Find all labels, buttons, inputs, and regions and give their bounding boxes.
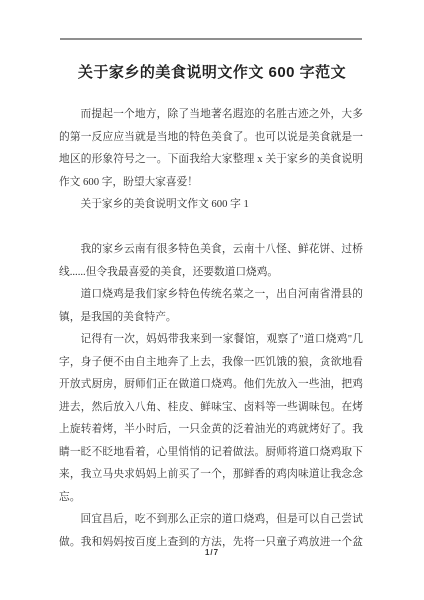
text-line: 字，身子便不由自主地奔了上去，我像一匹饥饿的狼，贪欲地看着 — [59, 351, 363, 374]
text-line: 镇，是我国的美食特产。 — [59, 306, 363, 329]
blank-line — [59, 216, 363, 239]
text-line: 记得有一次，妈妈带我来到一家餐馆，观察了"道口烧鸡"几个 — [59, 328, 363, 351]
text-line: 忘。 — [59, 486, 363, 509]
text-line: 地区的形象符号之一。下面我给大家整理 x 关于家乡的美食说明文 — [59, 148, 363, 171]
title-divider — [60, 38, 362, 40]
text-line: 开放式厨房，厨师们正在做道口烧鸡。他们先放入一些油，把鸡放 — [59, 373, 363, 396]
text-line: 的第一反应应当就是当地的特色美食了。也可以说是美食就是一个 — [59, 126, 363, 149]
text-line: 而提起一个地方，除了当地著名遐迩的名胜古迹之外，大多数人 — [59, 103, 363, 126]
text-line: 作文 600 字，盼望大家喜爱！ — [59, 171, 363, 194]
text-line: 关于家乡的美食说明文作文 600 字 1 — [59, 193, 363, 216]
text-line: 睛一眨不眨地看着，心里悄悄的记着做法。厨师将道口烧鸡取下 — [59, 441, 363, 464]
text-line: 我的家乡云南有很多特色美食，云南十八怪、鲜花饼、过桥米 — [59, 238, 363, 261]
document-body: 而提起一个地方，除了当地著名遐迩的名胜古迹之外，大多数人的第一反应应当就是当地的… — [59, 103, 363, 553]
text-line: 来，我立马央求妈妈上前买了一个，那鲜香的鸡肉味道让我念念不 — [59, 463, 363, 486]
text-line: 回宜昌后，吃不到那么正宗的道口烧鸡，但是可以自己尝试着 — [59, 508, 363, 531]
text-line: 进去，然后放入八角、桂皮、鲜味宝、卤料等一些调味包。在烤炉 — [59, 396, 363, 419]
text-line: 线......但令我最喜爱的美食，还要数道口烧鸡。 — [59, 261, 363, 284]
text-line: 上旋转着烤，半小时后，一只金黄的泛着油光的鸡就烤好了。我眼 — [59, 418, 363, 441]
document-page: 关于家乡的美食说明文作文 600 字范文 而提起一个地方，除了当地著名遐迩的名胜… — [0, 0, 424, 600]
page-title: 关于家乡的美食说明文作文 600 字范文 — [0, 62, 424, 84]
page-number: 1/7 — [0, 548, 424, 557]
text-line: 道口烧鸡是我们家乡特色传统名菜之一，出自河南省滑县的道口 — [59, 283, 363, 306]
